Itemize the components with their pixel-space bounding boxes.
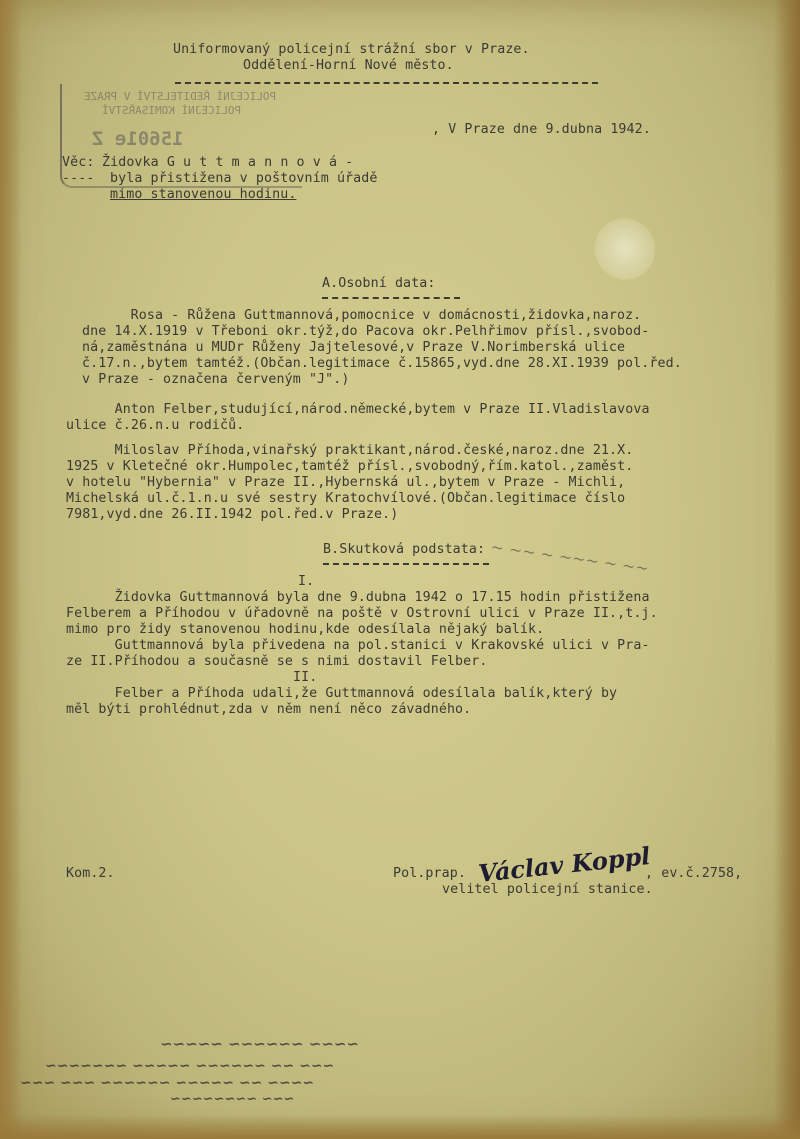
- text-line: č.17.n.,bytem tamtéž.(Občan.legitimace č…: [82, 356, 682, 371]
- paper-stain: [585, 208, 666, 290]
- section-b-heading: B.Skutková podstata:: [323, 542, 485, 557]
- date-line: , V Praze dne 9.dubna 1942.: [432, 122, 651, 137]
- text-line: dne 14.X.1919 v Třeboni okr.týž,do Pacov…: [82, 324, 649, 339]
- handwritten-annotation: ~ ~~ ~ ~~~ ~ ~~: [489, 537, 650, 578]
- text-line: Felberem a Příhodou v úřadovně na poště …: [66, 606, 658, 621]
- text-line: ná,zaměstnána u MUDr Růženy Jajtelesové,…: [82, 340, 625, 355]
- subject-line-2: byla přistižena v poštovním úřadě: [110, 171, 377, 186]
- section-a-heading: A.Osobní data:: [322, 276, 435, 291]
- text-line: Rosa - Růžena Guttmannová,pomocnice v do…: [82, 308, 641, 323]
- document-page: Uniformovaný policejní strážní sbor v Pr…: [0, 0, 800, 1139]
- badge-number: , ev.č.2758,: [645, 866, 742, 881]
- header-line-1: Uniformovaný policejní strážní sbor v Pr…: [173, 42, 530, 57]
- text-line: ze II.Příhodou a současně se s nimi dost…: [66, 654, 487, 669]
- text-line: Michelská ul.č.1.n.u své sestry Kratochv…: [66, 491, 625, 506]
- text-line: měl býti prohlédnut,zda v něm není něco …: [66, 702, 471, 717]
- kom-reference: Kom.2.: [66, 866, 115, 881]
- signature: Václav Koppl: [477, 841, 652, 888]
- text-line: Miloslav Příhoda,vinařský praktikant,nár…: [66, 443, 633, 458]
- officer-title: velitel policejní stanice.: [442, 882, 653, 897]
- header-line-2: Oddělení-Horní Nové město.: [243, 58, 454, 73]
- text-line: Felber a Příhoda udali,že Guttmannová od…: [66, 686, 617, 701]
- stamp-line-1: POLICEJNÍ ŘEDITELSTVÍ V PRAZE: [84, 90, 276, 103]
- paper-edge-bottom: [0, 1115, 800, 1139]
- subject-line-2-prefix: ----: [62, 171, 94, 186]
- text-line: mimo pro židy stanovenou hodinu,kde odes…: [66, 622, 544, 637]
- text-line: v Praze - označena červeným "J".): [82, 372, 349, 387]
- section-b-underline: [323, 563, 489, 565]
- paper-edge-left: [0, 0, 22, 1139]
- text-line: Anton Felber,studující,národ.německé,byt…: [66, 402, 650, 417]
- part-2-numeral: II.: [293, 670, 317, 685]
- text-line: 1925 v Kletečné okr.Humpolec,tamtéž přís…: [66, 459, 633, 474]
- stamp-line-2: POLICEJNÍ KOMISAŘSTVÍ: [102, 104, 241, 117]
- part-1-numeral: I.: [298, 574, 314, 589]
- paper-edge-right: [774, 0, 800, 1139]
- subject-label: Věc:: [62, 155, 94, 170]
- subject-line-1: Židovka G u t t m a n n o v á -: [102, 155, 353, 170]
- stamp-number: 15601e Z: [92, 128, 184, 150]
- text-line: Židovka Guttmannová byla dne 9.dubna 194…: [66, 590, 650, 605]
- subject-line-3: mimo stanovenou hodinu.: [110, 187, 296, 202]
- text-line: 7981,vyd.dne 26.II.1942 pol.řed.v Praze.…: [66, 507, 398, 522]
- text-line: ulice č.26.n.u rodičů.: [66, 418, 244, 433]
- section-a-underline: [322, 297, 460, 299]
- text-line: Guttmannová byla přivedena na pol.stanic…: [66, 638, 650, 653]
- rank-prefix: Pol.prap.: [393, 866, 466, 881]
- text-line: v hotelu "Hybernia" v Praze II.,Hybernsk…: [66, 475, 625, 490]
